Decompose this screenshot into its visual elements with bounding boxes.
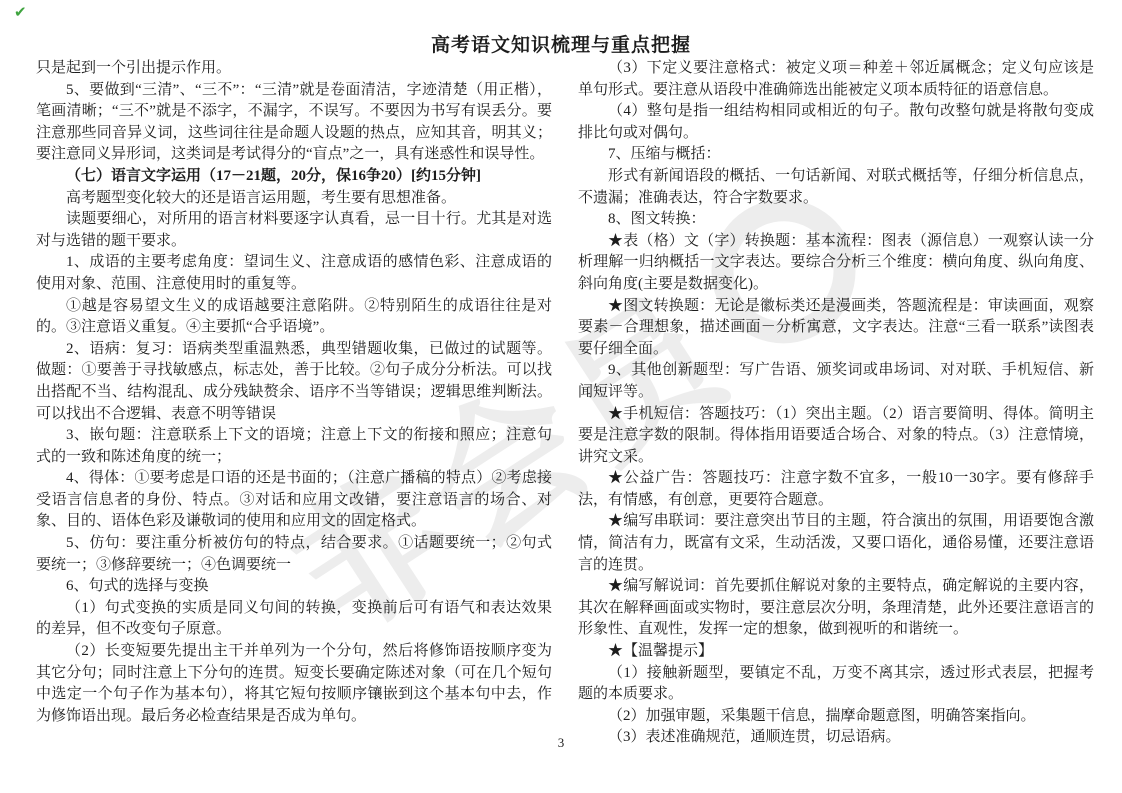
paragraph: （2）加强审题，采集题干信息，揣摩命题意图，明确答案指向。 [578,706,1094,728]
paragraph: （2）长变短要先提出主干并单列为一个分句，然后将修饰语按顺序变为其它分句；同时注… [36,641,552,727]
left-column: 只是起到一个引出提示作用。5、要做到“三清”、“三不”：“三清”就是卷面清洁，字… [36,58,552,749]
paragraph: 4、得体：①要考虑是口语的还是书面的；（注意广播稿的特点）②考虑接受语言信息者的… [36,468,552,533]
paragraph: （1）接触新题型，要镇定不乱，万变不离其宗，透过形式表层，把握考题的本质要求。 [578,663,1094,706]
paragraph: （4）整句是指一组结构相同或相近的句子。散句改整句就是将散句变成排比句或对偶句。 [578,101,1094,144]
paragraph: 1、成语的主要考虑角度：望词生义、注意成语的感情色彩、注意成语的使用对象、范围、… [36,252,552,295]
paragraph: ★图文转换题：无论是徽标类还是漫画类，答题流程是：审读画面，观察要素－合理想象，… [578,296,1094,361]
page-number: 3 [0,735,1122,751]
paragraph: 2、语病：复习：语病类型重温熟悉，典型错题收集，已做过的试题等。做题：①要善于寻… [36,339,552,425]
right-column: （3）下定义要注意格式：被定义项＝种差＋邻近属概念；定义句应该是单句形式。要注意… [578,58,1094,749]
document-body: 只是起到一个引出提示作用。5、要做到“三清”、“三不”：“三清”就是卷面清洁，字… [36,58,1092,749]
paragraph: （1）句式变换的实质是同义句间的转换，变换前后可有语气和表达效果的差异，但不改变… [36,598,552,641]
paragraph: 9、其他创新题型：写广告语、颁奖词或串场词、对对联、手机短信、新闻短评等。 [578,360,1094,403]
paragraph: ★【温馨提示】 [578,641,1094,663]
paragraph: 5、仿句：要注重分析被仿句的特点，结合要求。①话题要统一；②句式要统一；③修辞要… [36,533,552,576]
paragraph: 5、要做到“三清”、“三不”：“三清”就是卷面清洁，字迹清楚（用正楷），笔画清晰… [36,80,552,166]
paragraph: 只是起到一个引出提示作用。 [36,58,552,80]
paragraph: （七）语言文字运用（17－21题，20分，保16争20）[约15分钟] [36,166,552,188]
paragraph: 6、句式的选择与变换 [36,576,552,598]
paragraph: 形式有新闻语段的概括、一句话新闻、对联式概括等，仔细分析信息点，不遗漏；准确表达… [578,166,1094,209]
paragraph: ①越是容易望文生义的成语越要注意陷阱。②特别陌生的成语往往是对的。③注意语义重复… [36,296,552,339]
paragraph: ★编写串联词：要注意突出节目的主题，符合演出的氛围，用语要饱含激情，简洁有力，既… [578,511,1094,576]
paragraph: 3、嵌句题：注意联系上下文的语境；注意上下文的衔接和照应；注意句式的一致和陈述角… [36,425,552,468]
corner-check-icon: ✔ [14,3,27,22]
paragraph: ★公益广告：答题技巧：注意字数不宜多，一般10一30字。要有修辞手法，有情感，有… [578,468,1094,511]
paragraph: 8、图文转换： [578,209,1094,231]
paragraph: 读题要细心，对所用的语言材料要逐字认真看，忌一目十行。尤其是对选对与选错的题干要… [36,209,552,252]
page-title: 高考语文知识梳理与重点把握 [0,30,1122,57]
paragraph: 7、压缩与概括： [578,144,1094,166]
paragraph: ★编写解说词：首先要抓住解说对象的主要特点，确定解说的主要内容，其次在解释画面或… [578,576,1094,641]
paragraph: 高考题型变化较大的还是语言运用题，考生要有思想准备。 [36,188,552,210]
paragraph: ★手机短信：答题技巧：（1）突出主题。（2）语言要简明、得体。简明主要是注意字数… [578,404,1094,469]
paragraph: ★表（格）文（字）转换题：基本流程：图表（源信息）一观察认读一分析理解一归纳概括… [578,231,1094,296]
paragraph: （3）下定义要注意格式：被定义项＝种差＋邻近属概念；定义句应该是单句形式。要注意… [578,58,1094,101]
